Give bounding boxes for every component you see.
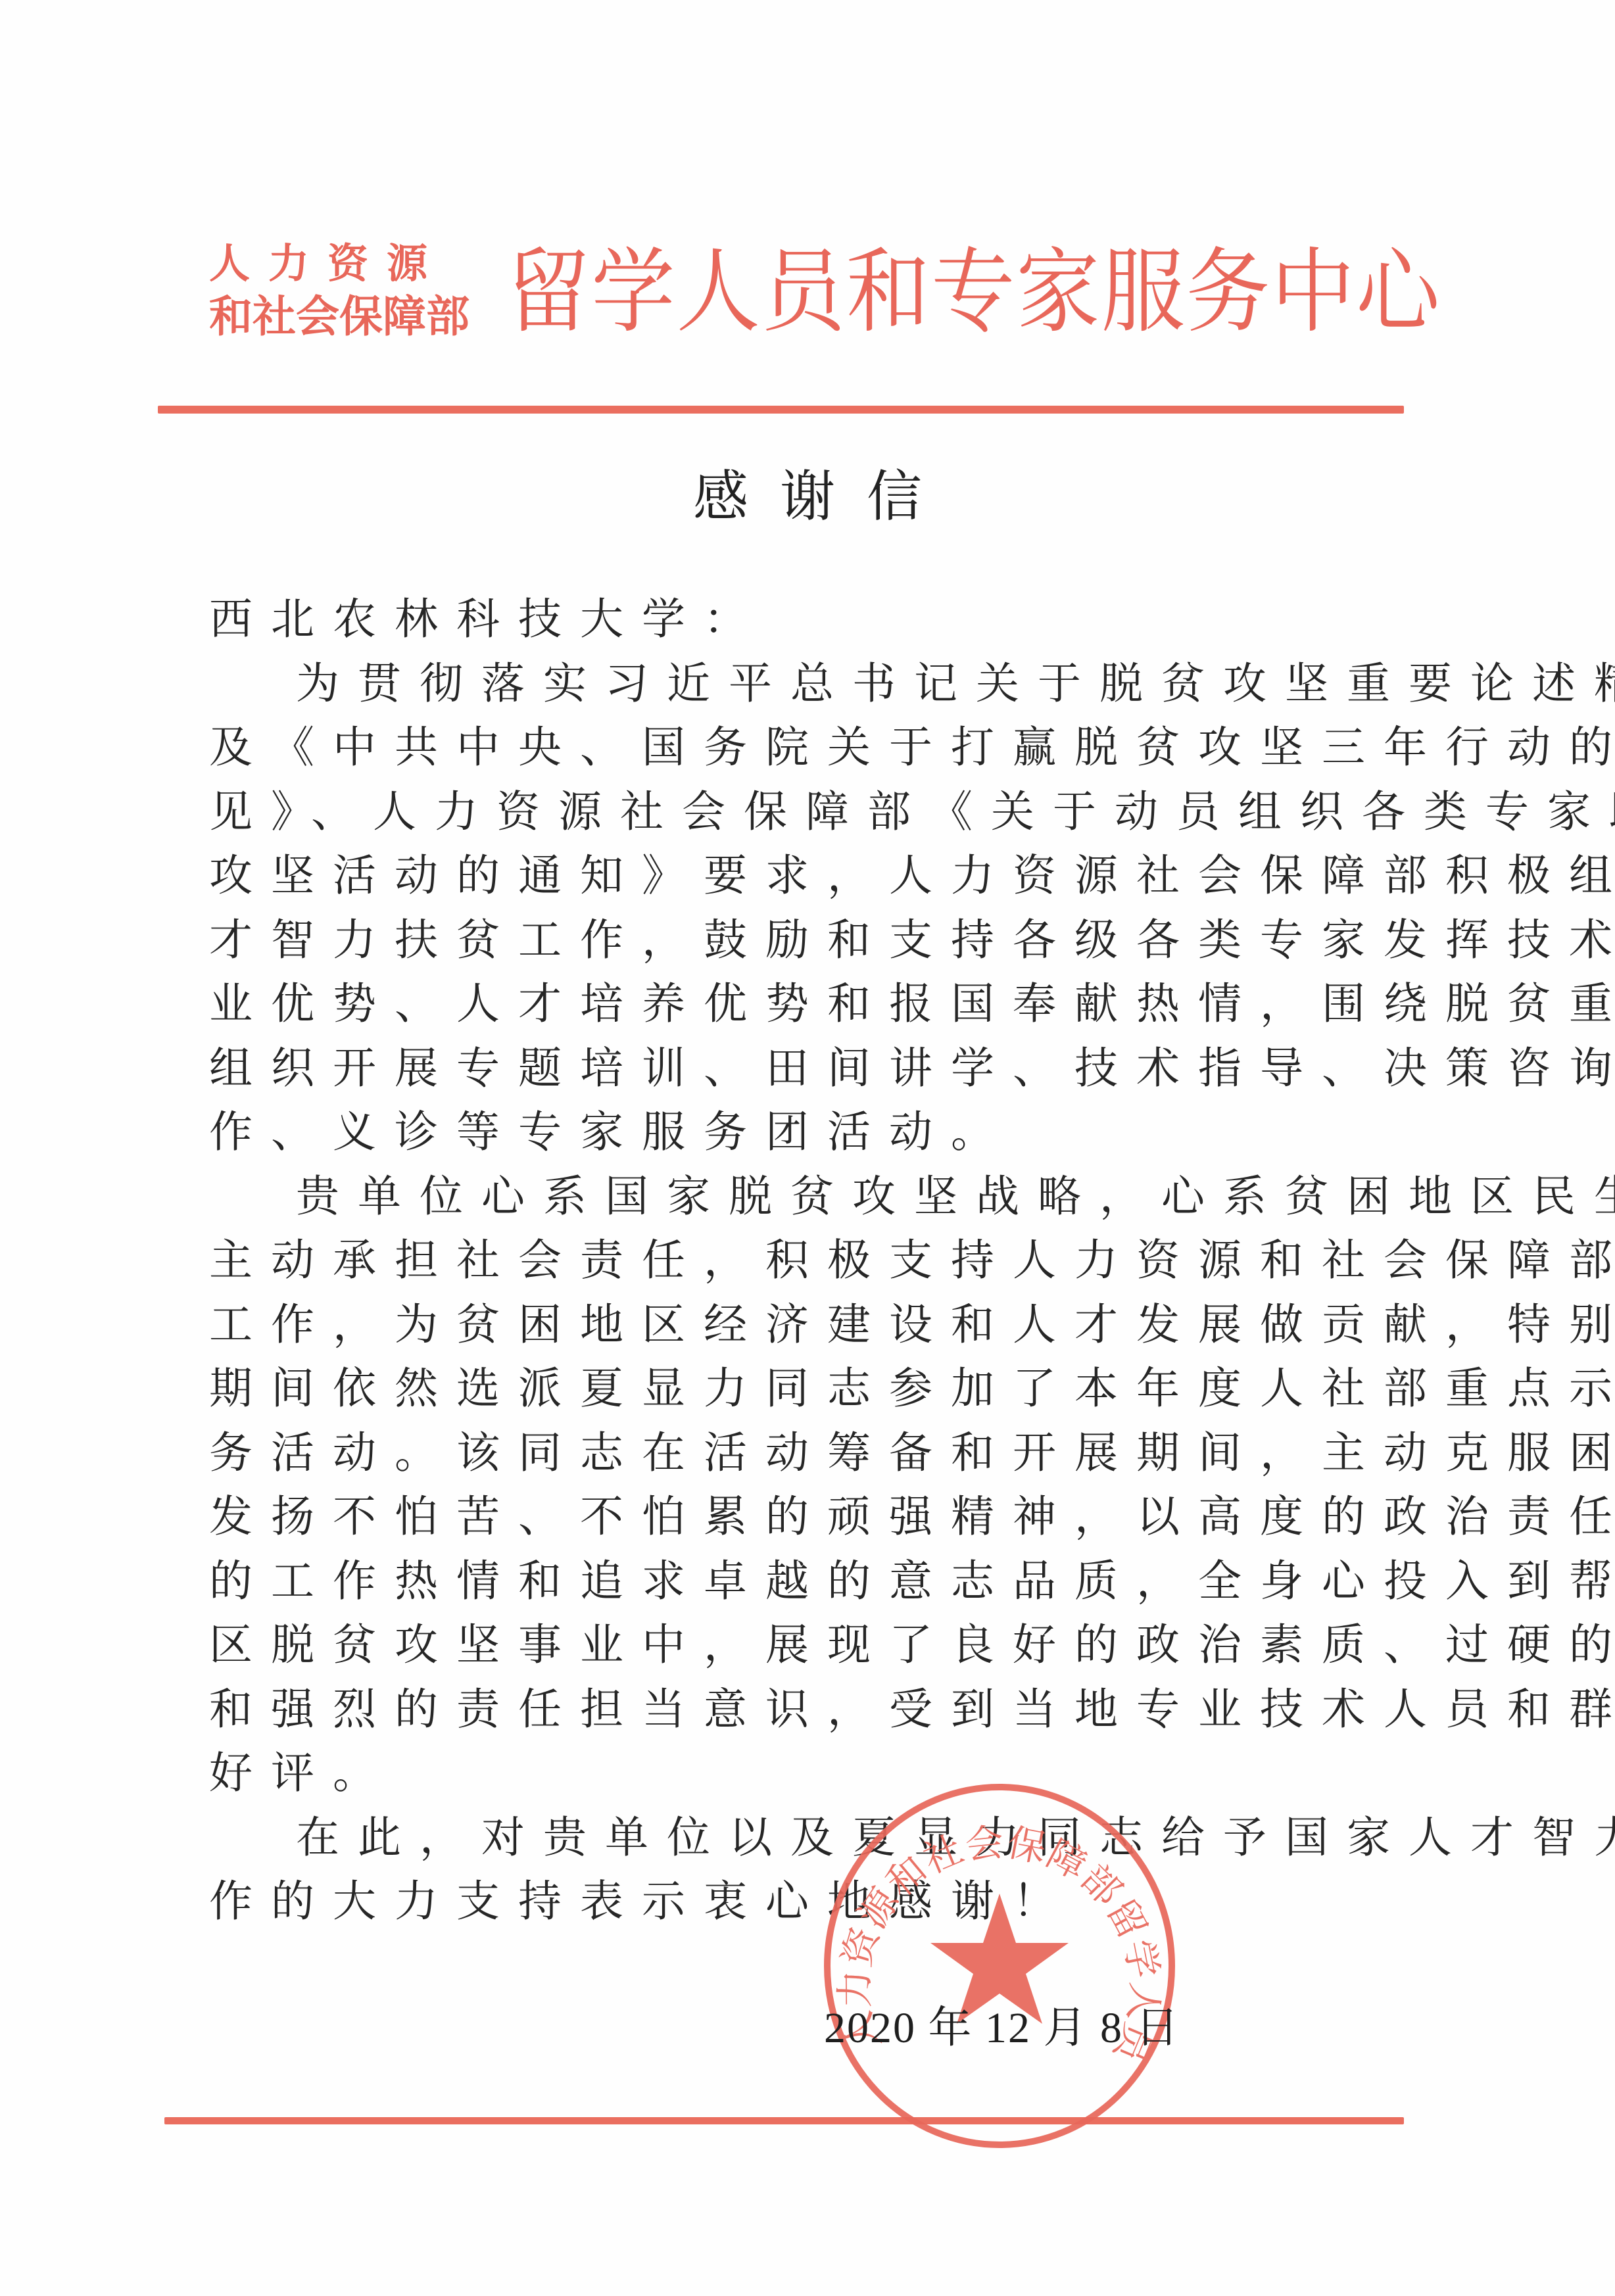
body-line: 发扬不怕苦、不怕累的顽强精神，以高度的政治责任感、饱满 bbox=[209, 1485, 1432, 1549]
body-line: 贵单位心系国家脱贫攻坚战略，心系贫困地区民生和建设， bbox=[209, 1164, 1432, 1229]
body-line: 攻坚活动的通知》要求，人力资源社会保障部积极组织开展人 bbox=[209, 844, 1432, 908]
body-line: 才智力扶贫工作，鼓励和支持各级各类专家发挥技术优势、专 bbox=[209, 908, 1432, 972]
body-line: 及《中共中央、国务院关于打赢脱贫攻坚三年行动的指导意 bbox=[209, 715, 1432, 780]
official-seal: 人力资源和社会保障部留学人员和专家服务中心 bbox=[815, 1782, 1184, 2150]
footer-divider bbox=[164, 2117, 1404, 2124]
paragraph-2: 贵单位心系国家脱贫攻坚战略，心系贫困地区民生和建设， 主动承担社会责任，积极支持… bbox=[209, 1164, 1432, 1806]
body-line: 作、义诊等专家服务团活动。 bbox=[209, 1100, 1432, 1164]
body-line: 和强烈的责任担当意识，受到当地专业技术人员和群众的一致 bbox=[209, 1677, 1432, 1742]
ministry-line-1: 人力资源 bbox=[209, 238, 479, 289]
salutation: 西北农林科技大学： bbox=[209, 587, 1432, 652]
body-line: 为贯彻落实习近平总书记关于脱贫攻坚重要论述精神，以 bbox=[209, 652, 1432, 716]
letter-title: 感谢信 bbox=[0, 460, 1615, 533]
letter-page: 人力资源 和社会保障部 留学人员和专家服务中心 感谢信 西北农林科技大学： 为贯… bbox=[0, 0, 1615, 2296]
body-line: 区脱贫攻坚事业中，展现了良好的政治素质、过硬的工作作风 bbox=[209, 1613, 1432, 1677]
body-line: 务活动。该同志在活动筹备和开展期间，主动克服困难，充分 bbox=[209, 1421, 1432, 1485]
body-line: 见》、人力资源社会保障部《关于动员组织各类专家助力脱贫 bbox=[209, 780, 1432, 844]
letter-body: 西北农林科技大学： 为贯彻落实习近平总书记关于脱贫攻坚重要论述精神，以 及《中共… bbox=[209, 587, 1432, 1934]
letter-date: 2020 年 12 月 8 日 bbox=[824, 1992, 1180, 2055]
header-divider bbox=[158, 406, 1404, 414]
ministry-line-2: 和社会保障部 bbox=[209, 289, 479, 345]
body-line: 工作，为贫困地区经济建设和人才发展做贡献，特别是在疫情 bbox=[209, 1293, 1432, 1357]
body-line: 业优势、人才培养优势和报国奉献热情，围绕脱贫重点发力， bbox=[209, 972, 1432, 1036]
body-line: 期间依然选派夏显力同志参加了本年度人社部重点示范专家服 bbox=[209, 1356, 1432, 1421]
paragraph-1: 为贯彻落实习近平总书记关于脱贫攻坚重要论述精神，以 及《中共中央、国务院关于打赢… bbox=[209, 652, 1432, 1164]
letterhead-center-name: 留学人员和专家服务中心 bbox=[506, 237, 1441, 348]
body-line: 主动承担社会责任，积极支持人力资源和社会保障部人才扶贫 bbox=[209, 1228, 1432, 1293]
body-line: 的工作热情和追求卓越的意志品质，全身心投入到帮扶贫困地 bbox=[209, 1549, 1432, 1614]
letterhead-ministry: 人力资源 和社会保障部 bbox=[209, 238, 479, 345]
body-line: 组织开展专题培训、田间讲学、技术指导、决策咨询、项目合 bbox=[209, 1036, 1432, 1101]
